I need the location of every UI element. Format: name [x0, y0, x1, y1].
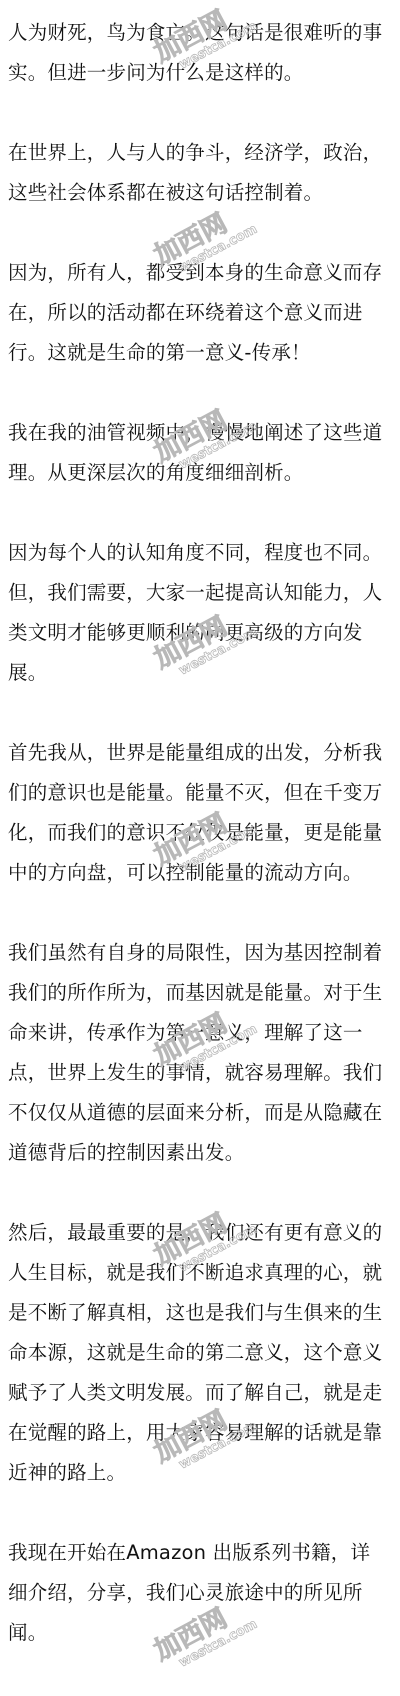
- paragraph-line: 实。但进一步问为什么是这样的。: [8, 53, 392, 93]
- article-paragraph: 在世界上，人与人的争斗，经济学，政治，这些社会体系都在被这句话控制着。: [8, 133, 392, 213]
- paragraph-line: 这些社会体系都在被这句话控制着。: [8, 173, 392, 213]
- article-paragraph: 人为财死，鸟为食亡。这句话是很难听的事实。但进一步问为什么是这样的。: [8, 13, 392, 93]
- paragraph-line: 化，而我们的意识不仅仅是能量，更是能量: [8, 813, 392, 853]
- paragraph-line: 在，所以的活动都在环绕着这个意义而进: [8, 293, 392, 333]
- paragraph-line: 因为，所有人，都受到本身的生命意义而存: [8, 253, 392, 293]
- paragraph-line: 在觉醒的路上，用大家容易理解的话就是靠: [8, 1413, 392, 1453]
- article-paragraph: 因为每个人的认知角度不同，程度也不同。但，我们需要，大家一起提高认知能力，人类文…: [8, 533, 392, 693]
- paragraph-line: 人生目标，就是我们不断追求真理的心，就: [8, 1253, 392, 1293]
- article-paragraph: 我们虽然有自身的局限性，因为基因控制着我们的所作所为，而基因就是能量。对于生命来…: [8, 933, 392, 1173]
- paragraph-line: 展。: [8, 653, 392, 693]
- paragraph-line: 是不断了解真相，这也是我们与生俱来的生: [8, 1293, 392, 1333]
- paragraph-line: 我现在开始在Amazon 出版系列书籍，详: [8, 1533, 392, 1573]
- paragraph-line: 命来讲，传承作为第一意义，理解了这一: [8, 1013, 392, 1053]
- article-paragraph: 我现在开始在Amazon 出版系列书籍，详细介绍，分享，我们心灵旅途中的所见所闻…: [8, 1533, 392, 1653]
- paragraph-line: 行。这就是生命的第一意义-传承！: [8, 333, 392, 373]
- article-body: 人为财死，鸟为食亡。这句话是很难听的事实。但进一步问为什么是这样的。在世界上，人…: [8, 13, 392, 1693]
- article-paragraph: 首先我从，世界是能量组成的出发，分析我们的意识也是能量。能量不灭，但在千变万化，…: [8, 733, 392, 893]
- paragraph-line: 因为每个人的认知角度不同，程度也不同。: [8, 533, 392, 573]
- paragraph-line: 我们虽然有自身的局限性，因为基因控制着: [8, 933, 392, 973]
- paragraph-line: 点，世界上发生的事情，就容易理解。我们: [8, 1053, 392, 1093]
- paragraph-line: 理。从更深层次的角度细细剖析。: [8, 453, 392, 493]
- paragraph-line: 赋予了人类文明发展。而了解自己，就是走: [8, 1373, 392, 1413]
- paragraph-line: 命本源，这就是生命的第二意义，这个意义: [8, 1333, 392, 1373]
- paragraph-line: 但，我们需要，大家一起提高认知能力，人: [8, 573, 392, 613]
- paragraph-line: 细介绍，分享，我们心灵旅途中的所见所: [8, 1573, 392, 1613]
- paragraph-line: 首先我从，世界是能量组成的出发，分析我: [8, 733, 392, 773]
- paragraph-line: 不仅仅从道德的层面来分析，而是从隐藏在: [8, 1093, 392, 1133]
- article-paragraph: 因为，所有人，都受到本身的生命意义而存在，所以的活动都在环绕着这个意义而进行。这…: [8, 253, 392, 373]
- paragraph-line: 类文明才能够更顺利的向更高级的方向发: [8, 613, 392, 653]
- paragraph-line: 人为财死，鸟为食亡。这句话是很难听的事: [8, 13, 392, 53]
- paragraph-line: 然后，最最重要的是，我们还有更有意义的: [8, 1213, 392, 1253]
- paragraph-line: 中的方向盘，可以控制能量的流动方向。: [8, 853, 392, 893]
- paragraph-line: 闻。: [8, 1613, 392, 1653]
- paragraph-line: 道德背后的控制因素出发。: [8, 1133, 392, 1173]
- paragraph-line: 我们的所作所为，而基因就是能量。对于生: [8, 973, 392, 1013]
- article-paragraph: 然后，最最重要的是，我们还有更有意义的人生目标，就是我们不断追求真理的心，就是不…: [8, 1213, 392, 1493]
- paragraph-line: 在世界上，人与人的争斗，经济学，政治，: [8, 133, 392, 173]
- paragraph-line: 们的意识也是能量。能量不灭，但在千变万: [8, 773, 392, 813]
- article-paragraph: 我在我的油管视频中，慢慢地阐述了这些道理。从更深层次的角度细细剖析。: [8, 413, 392, 493]
- paragraph-line: 我在我的油管视频中，慢慢地阐述了这些道: [8, 413, 392, 453]
- paragraph-line: 近神的路上。: [8, 1453, 392, 1493]
